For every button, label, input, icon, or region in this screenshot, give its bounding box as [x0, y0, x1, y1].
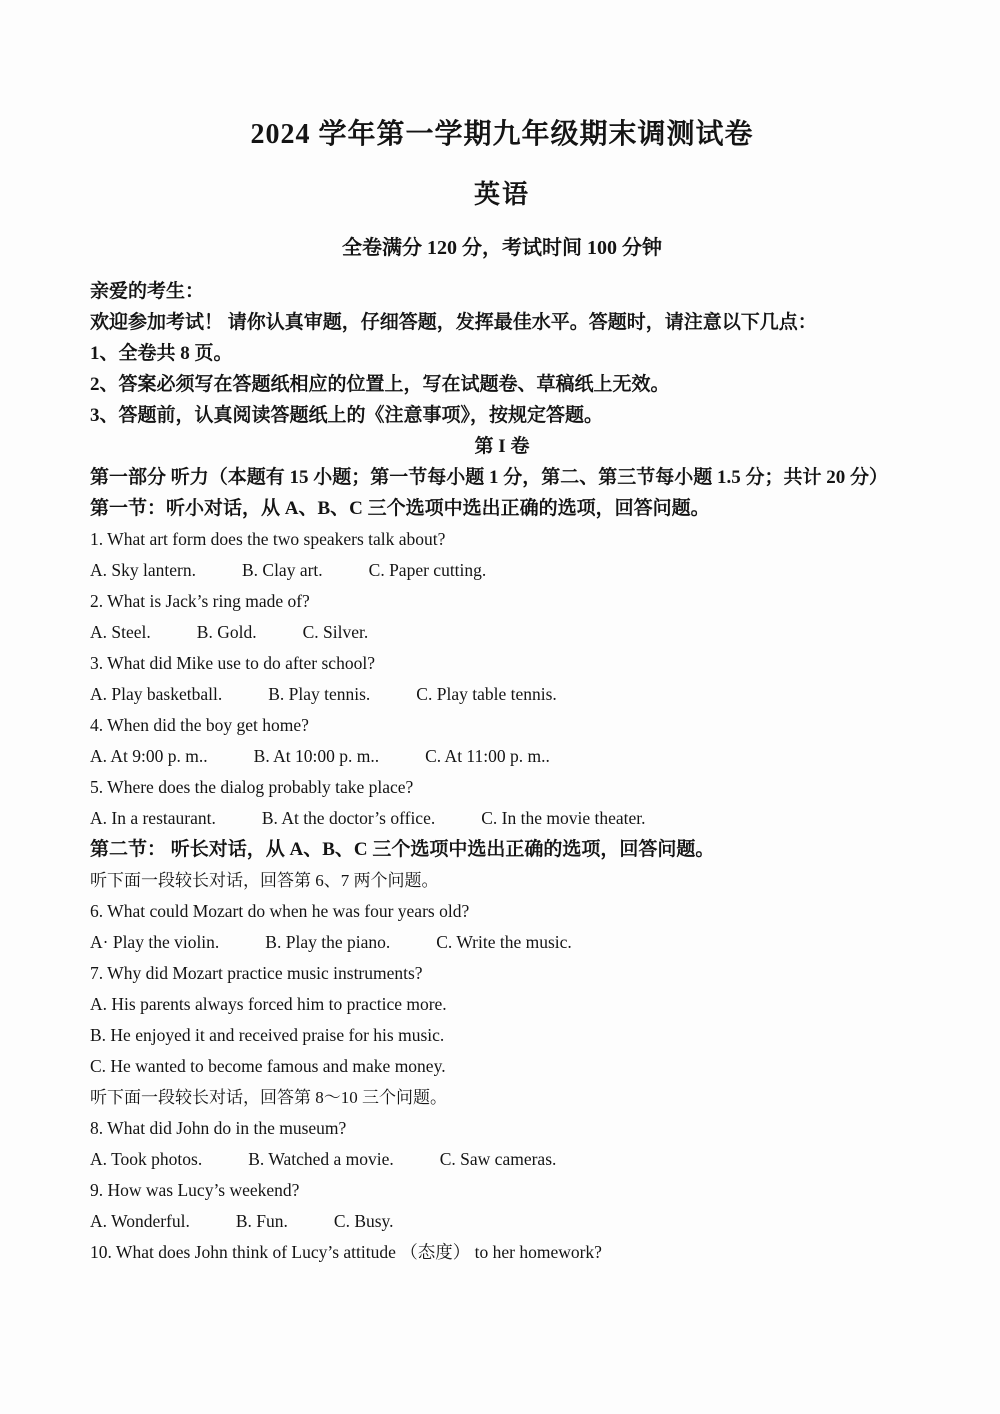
question-9: 9. How was Lucy’s weekend? — [90, 1175, 914, 1206]
question-7: 7. Why did Mozart practice music instrum… — [90, 958, 914, 989]
option-a: A. Steel. — [90, 617, 151, 648]
question-4: 4. When did the boy get home? — [90, 710, 914, 741]
notice-item-2: 2、答案必须写在答题纸相应的位置上，写在试题卷、草稿纸上无效。 — [90, 369, 914, 400]
question-4-options: A. At 9:00 p. m.. B. At 10:00 p. m.. C. … — [90, 741, 914, 772]
question-7-option-c: C. He wanted to become famous and make m… — [90, 1051, 914, 1082]
question-1: 1. What art form does the two speakers t… — [90, 524, 914, 555]
option-c: C. At 11:00 p. m.. — [425, 741, 550, 772]
notice-item-1: 1、全卷共 8 页。 — [90, 338, 914, 369]
exam-subject: 英语 — [90, 174, 914, 211]
option-c: C. Busy. — [334, 1206, 394, 1237]
question-8: 8. What did John do in the museum? — [90, 1113, 914, 1144]
option-a: A. Sky lantern. — [90, 555, 196, 586]
question-3: 3. What did Mike use to do after school? — [90, 648, 914, 679]
question-5: 5. Where does the dialog probably take p… — [90, 772, 914, 803]
question-6-options: A· Play the violin. B. Play the piano. C… — [90, 927, 914, 958]
section2-hint-2: 听下面一段较长对话，回答第 8～10 三个问题。 — [90, 1082, 914, 1113]
option-b: B. Clay art. — [242, 555, 323, 586]
option-b: B. At 10:00 p. m.. — [254, 741, 379, 772]
question-7-option-b: B. He enjoyed it and received praise for… — [90, 1020, 914, 1051]
question-7-option-a: A. His parents always forced him to prac… — [90, 989, 914, 1020]
question-10: 10. What does John think of Lucy’s attit… — [90, 1237, 914, 1268]
option-a: A. Took photos. — [90, 1144, 202, 1175]
section1-heading: 第一节：听小对话，从 A、B、C 三个选项中选出正确的选项，回答问题。 — [90, 493, 914, 524]
option-a: A. Wonderful. — [90, 1206, 190, 1237]
option-c: C. Write the music. — [436, 927, 572, 958]
question-5-options: A. In a restaurant. B. At the doctor’s o… — [90, 803, 914, 834]
option-c: C. In the movie theater. — [481, 803, 645, 834]
exam-title: 2024 学年第一学期九年级期末调测试卷 — [90, 112, 914, 152]
option-b: B. Fun. — [236, 1206, 288, 1237]
volume-label: 第 I 卷 — [90, 431, 914, 462]
notice-welcome: 欢迎参加考试！ 请你认真审题，仔细答题，发挥最佳水平。答题时，请注意以下几点： — [90, 307, 914, 338]
option-b: B. Play the piano. — [265, 927, 390, 958]
question-3-options: A. Play basketball. B. Play tennis. C. P… — [90, 679, 914, 710]
question-1-options: A. Sky lantern. B. Clay art. C. Paper cu… — [90, 555, 914, 586]
option-a: A. In a restaurant. — [90, 803, 216, 834]
part1-heading: 第一部分 听力（本题有 15 小题；第一节每小题 1 分，第二、第三节每小题 1… — [90, 462, 914, 493]
option-a: A. At 9:00 p. m.. — [90, 741, 208, 772]
option-c: C. Saw cameras. — [440, 1144, 557, 1175]
notice-item-3: 3、答题前，认真阅读答题纸上的《注意事项》，按规定答题。 — [90, 400, 914, 431]
question-6: 6. What could Mozart do when he was four… — [90, 896, 914, 927]
question-9-options: A. Wonderful. B. Fun. C. Busy. — [90, 1206, 914, 1237]
option-c: C. Silver. — [303, 617, 369, 648]
option-a: A· Play the violin. — [90, 927, 219, 958]
option-c: C. Play table tennis. — [416, 679, 556, 710]
option-c: C. Paper cutting. — [369, 555, 487, 586]
section2-hint-1: 听下面一段较长对话，回答第 6、7 两个问题。 — [90, 865, 914, 896]
option-a: A. Play basketball. — [90, 679, 222, 710]
option-b: B. Gold. — [197, 617, 257, 648]
question-2-options: A. Steel. B. Gold. C. Silver. — [90, 617, 914, 648]
option-b: B. At the doctor’s office. — [262, 803, 435, 834]
exam-paper: 2024 学年第一学期九年级期末调测试卷 英语 全卷满分 120 分，考试时间 … — [0, 0, 1000, 1268]
notice-greeting: 亲爱的考生： — [90, 276, 914, 307]
option-b: B. Watched a movie. — [248, 1144, 394, 1175]
question-2: 2. What is Jack’s ring made of? — [90, 586, 914, 617]
option-b: B. Play tennis. — [268, 679, 370, 710]
exam-info: 全卷满分 120 分，考试时间 100 分钟 — [90, 231, 914, 260]
question-8-options: A. Took photos. B. Watched a movie. C. S… — [90, 1144, 914, 1175]
section2-heading: 第二节： 听长对话，从 A、B、C 三个选项中选出正确的选项，回答问题。 — [90, 834, 914, 865]
